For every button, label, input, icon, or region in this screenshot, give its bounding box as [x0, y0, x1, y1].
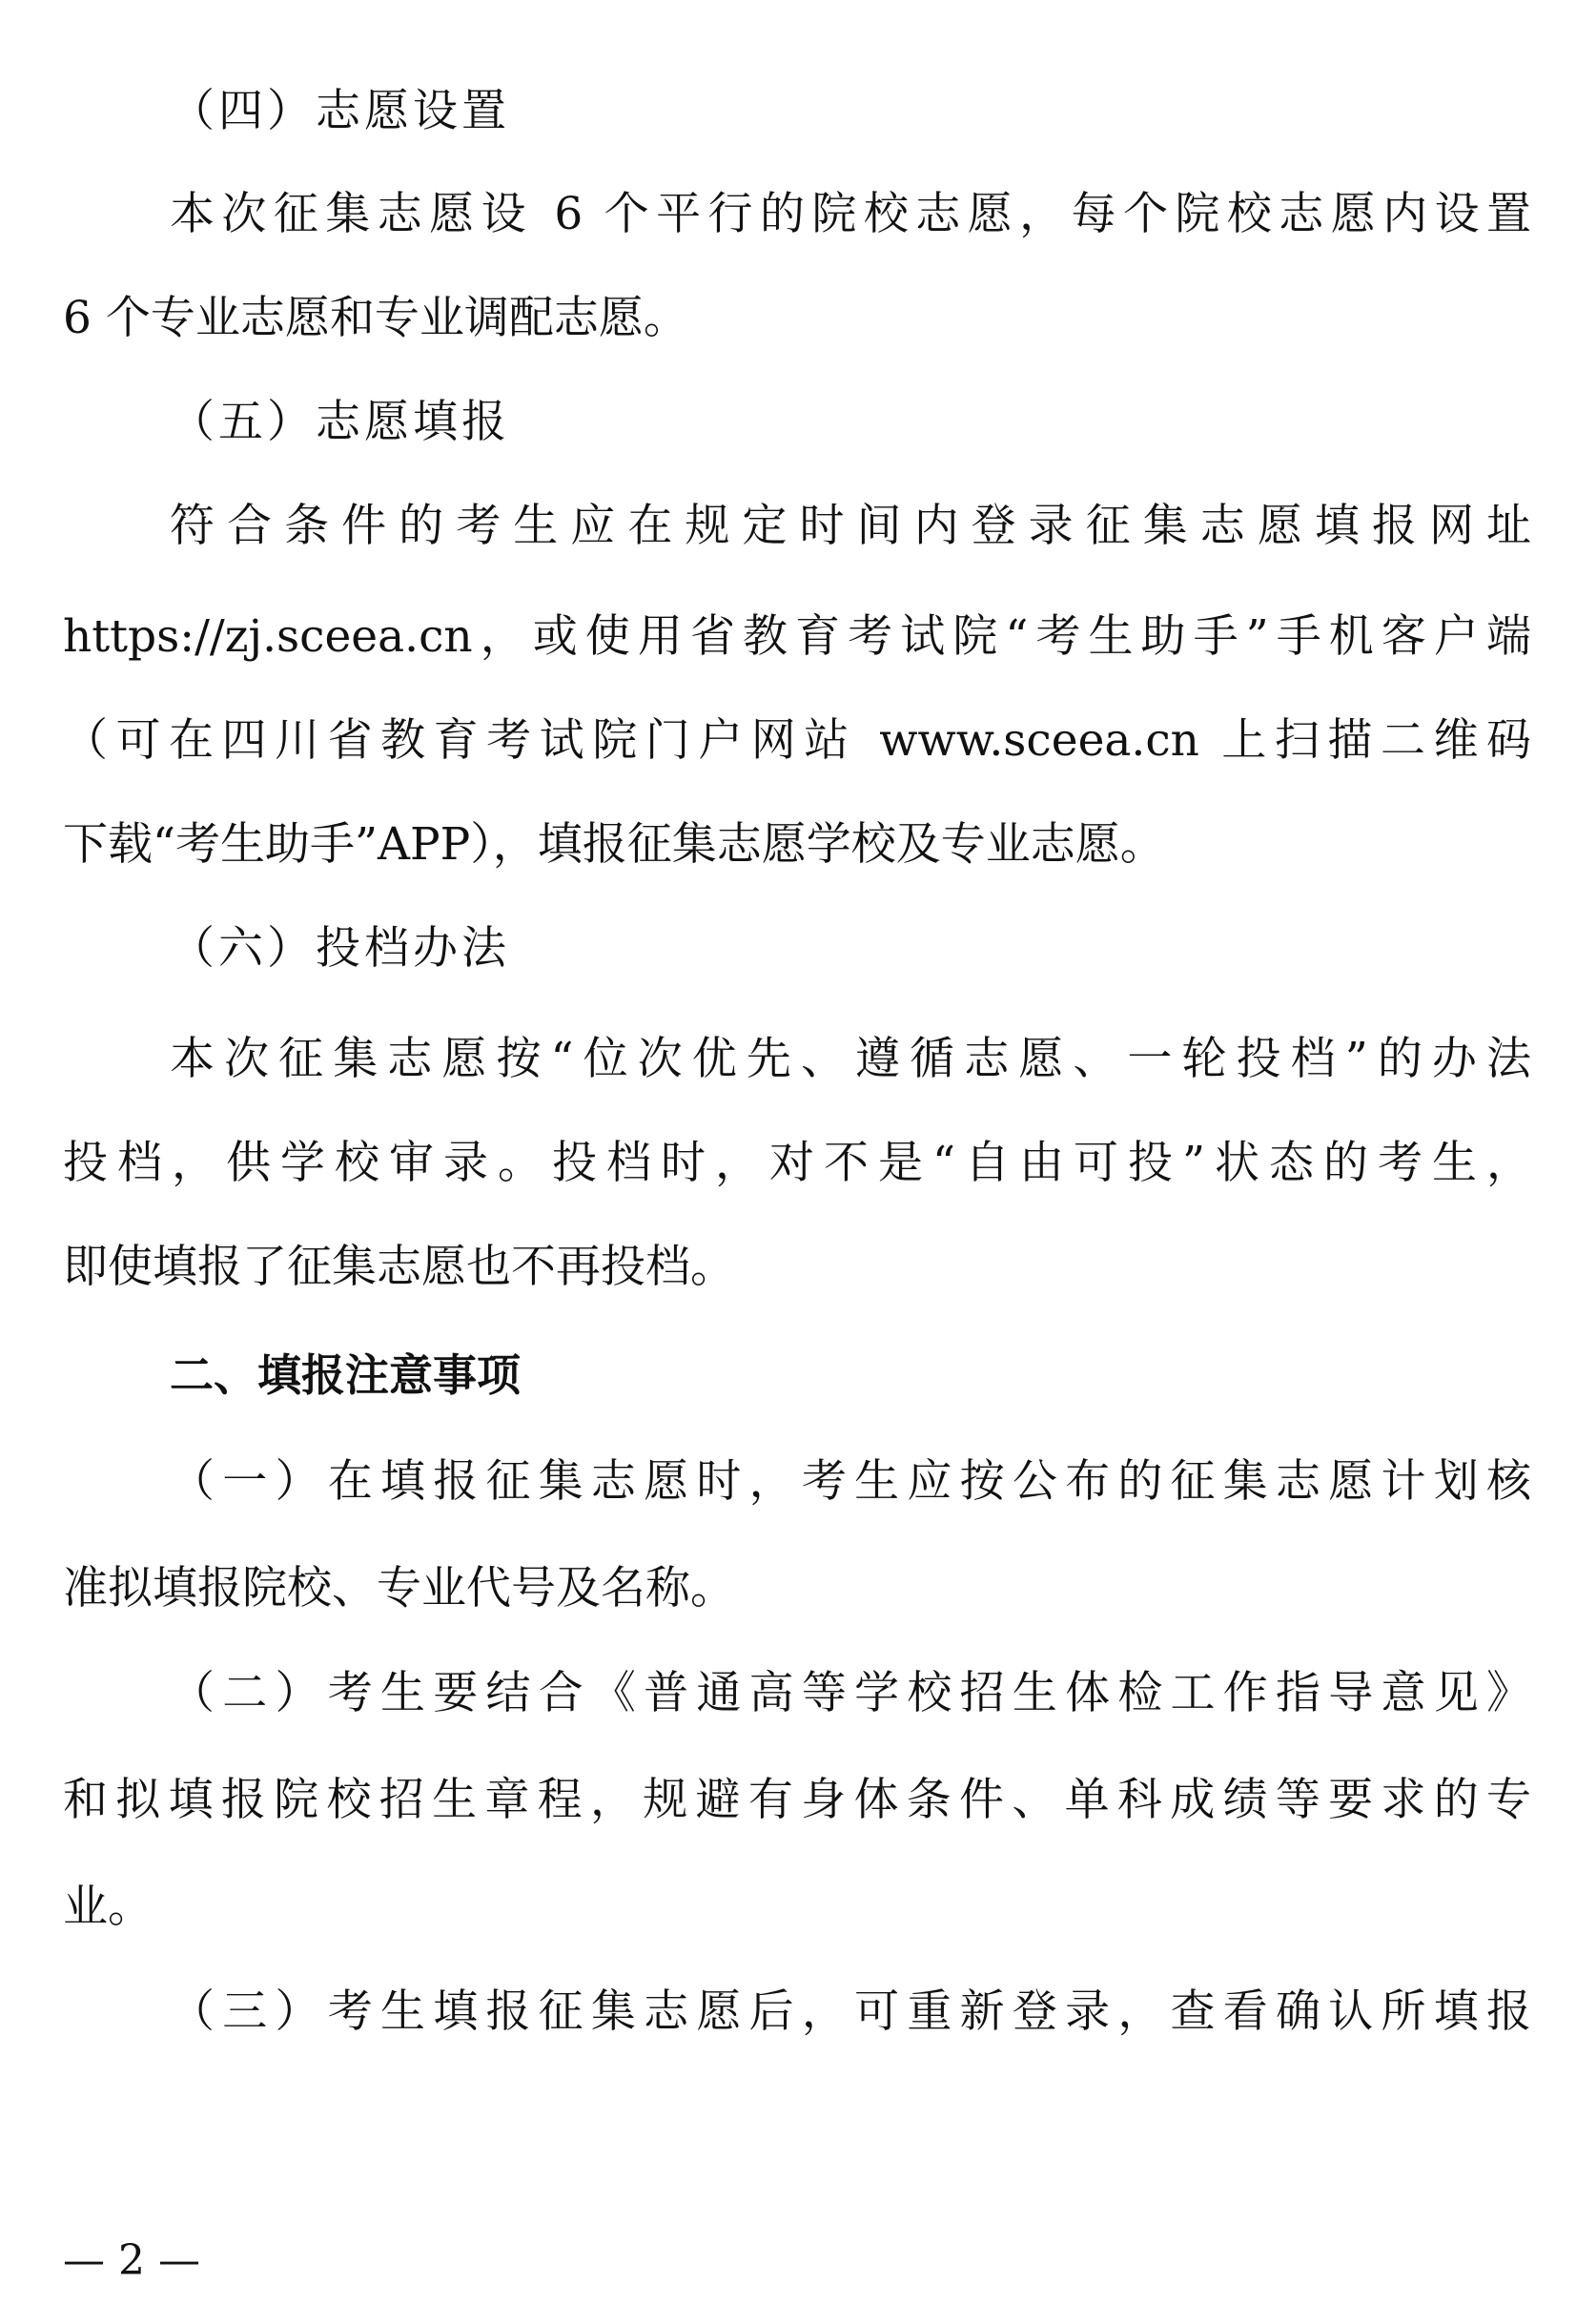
paragraph-line: 6 个专业志愿和专业调配志愿。 [63, 290, 1531, 347]
paragraph-line: 下载“考生助手”APP），填报征集志愿学校及专业志愿。 [63, 816, 1531, 874]
paragraph-line: （一）在填报征集志愿时，考生应按公布的征集志愿计划核 [170, 1453, 1531, 1511]
paragraph-line-portal: （可在四川省教育考试院门户网站 www.sceea.cn 上扫描二维码 [63, 712, 1531, 770]
section-heading-admission-method: （六）投档办法 [170, 920, 1531, 977]
paragraph-line-url: https://zj.sceea.cn，或使用省教育考试院“考生助手”手机客户端 [63, 608, 1531, 666]
paragraph-line: 投档，供学校审录。投档时，对不是“自由可投”状态的考生， [63, 1135, 1531, 1192]
paragraph-line: 即使填报了征集志愿也不再投档。 [63, 1239, 1531, 1296]
paragraph-line: 符合条件的考生应在规定时间内登录征集志愿填报网址 [170, 498, 1531, 555]
paragraph-line: （三）考生填报征集志愿后，可重新登录，查看确认所填报 [170, 1984, 1531, 2041]
document-page: （四）志愿设置 本次征集志愿设 6 个平行的院校志愿，每个院校志愿内设置 6 个… [0, 0, 1576, 2324]
paragraph-line: （二）考生要结合《普通高等学校招生体检工作指导意见》 [170, 1665, 1531, 1722]
part-heading-filing-notes: 二、填报注意事项 [170, 1347, 1531, 1404]
paragraph-line: 本次征集志愿按“位次优先、遵循志愿、一轮投档”的办法 [170, 1031, 1531, 1088]
paragraph-line: 本次征集志愿设 6 个平行的院校志愿，每个院校志愿内设置 [170, 186, 1531, 243]
paragraph-line: 业。 [63, 1879, 1531, 1936]
page-number: — 2 — [63, 2237, 200, 2285]
section-heading-volunteer-filing: （五）志愿填报 [170, 394, 1531, 451]
paragraph-line: 和拟填报院校招生章程，规避有身体条件、单科成绩等要求的专 [63, 1772, 1531, 1829]
section-heading-volunteer-setting: （四）志愿设置 [170, 83, 1531, 140]
paragraph-line: 准拟填报院校、专业代号及名称。 [63, 1560, 1531, 1617]
